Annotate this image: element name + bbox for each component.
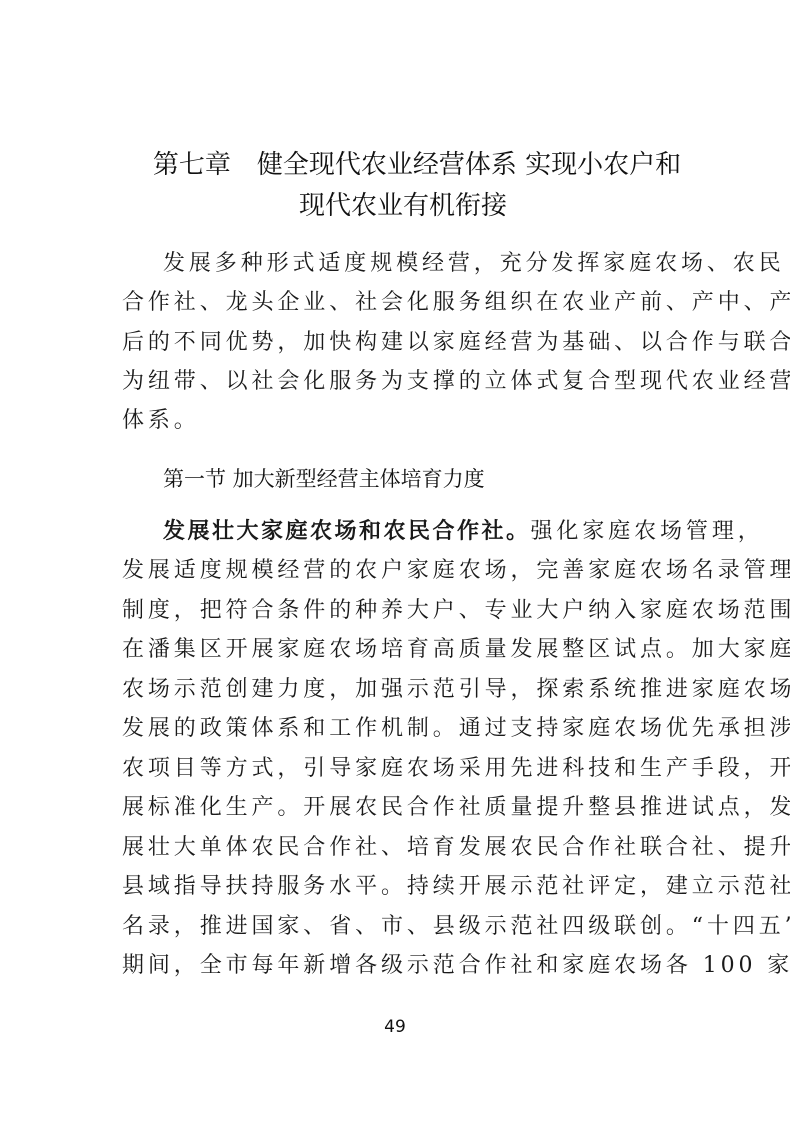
paragraph-line: 期间，全市每年新增各级示范合作社和家庭农场各 100 家，: [122, 951, 682, 981]
intro-line: 发展多种形式适度规模经营，充分发挥家庭农场、农民: [163, 249, 723, 279]
paragraph-line: 名录，推进国家、省、市、县级示范社四级联创。“十四五”: [122, 912, 682, 942]
paragraph-line: 发展的政策体系和工作机制。通过支持家庭农场优先承担涉: [122, 714, 682, 744]
paragraph-line: 农项目等方式，引导家庭农场采用先进科技和生产手段，开: [122, 754, 682, 784]
intro-line: 为纽带、以社会化服务为支撑的立体式复合型现代农业经营: [122, 367, 682, 397]
paragraph-line: 农场示范创建力度，加强示范引导，探索系统推进家庭农场: [122, 675, 682, 705]
page-number: 49: [0, 1017, 790, 1037]
paragraph-line: 制度，把符合条件的种养大户、专业大户纳入家庭农场范围，: [122, 596, 682, 626]
paragraph-lead-rest: 强化家庭农场管理，: [531, 519, 764, 544]
chapter-title-line-2: 现代农业有机衔接: [8, 186, 790, 226]
paragraph-lead-line: 发展壮大家庭农场和农民合作社。强化家庭农场管理，: [163, 516, 723, 547]
paragraph-line: 展标准化生产。开展农民合作社质量提升整县推进试点，发: [122, 793, 682, 823]
paragraph-line: 展壮大单体农民合作社、培育发展农民合作社联合社、提升: [122, 833, 682, 863]
intro-line: 后的不同优势，加快构建以家庭经营为基础、以合作与联合: [122, 328, 682, 358]
document-page: 第七章 健全现代农业经营体系 实现小农户和 现代农业有机衔接 发展多种形式适度规…: [0, 0, 790, 1122]
section-title: 第一节 加大新型经营主体培育力度: [163, 464, 485, 494]
intro-line: 合作社、龙头企业、社会化服务组织在农业产前、产中、产: [122, 288, 682, 318]
chapter-title-line-1: 第七章 健全现代农业经营体系 实现小农户和: [22, 145, 790, 185]
paragraph-lead-bold: 发展壮大家庭农场和农民合作社。: [163, 518, 531, 544]
paragraph-line: 发展适度规模经营的农户家庭农场，完善家庭农场名录管理: [122, 556, 682, 586]
paragraph-line: 在潘集区开展家庭农场培育高质量发展整区试点。加大家庭: [122, 635, 682, 665]
paragraph-line: 县域指导扶持服务水平。持续开展示范社评定，建立示范社: [122, 872, 682, 902]
intro-line: 体系。: [122, 406, 682, 436]
